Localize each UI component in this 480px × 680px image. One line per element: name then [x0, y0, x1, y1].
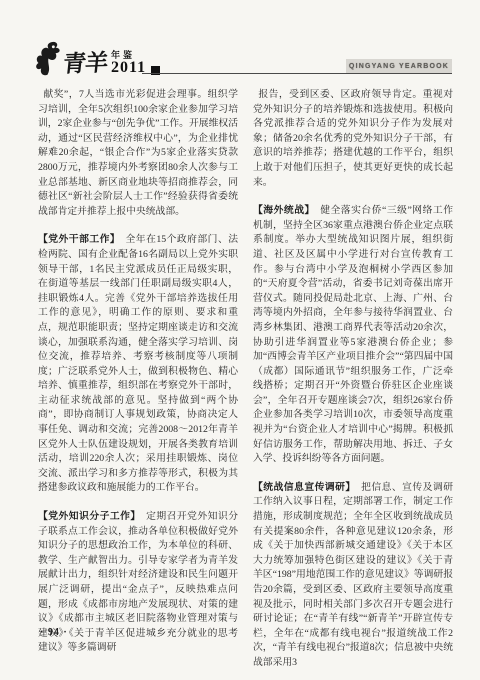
page-number: · 94 · — [40, 627, 68, 638]
left-column: 献奖”，7人当选市光彩促进会理事。组织学习培训，全年5次组织100余家企业参加学… — [38, 88, 238, 680]
logo-title-cn: 青羊 — [62, 51, 109, 78]
paragraph-text: 报告，受到区委、区政府领导肯定。重视对党外知识分子的培养锻炼和选拔使用。积极向各… — [253, 89, 453, 188]
logo-stack: 年鉴 2011 — [111, 51, 146, 77]
goat-mascot-icon — [34, 40, 61, 77]
section-heading: 【统战信息宣传调研】 — [253, 482, 356, 493]
section-heading: 【党外干部工作】 — [38, 234, 120, 245]
paragraph-text: 健全落实台侨“三级”网络工作机制，坚持全区36家重点港澳台侨企业定点联系制度。举… — [253, 205, 453, 464]
paragraph-text: 献奖”，7人当选市光彩促进会理事。组织学习培训，全年5次组织100余家企业参加学… — [38, 89, 238, 217]
paragraph-text: 把信息、宣传及调研工作纳入议事日程，定期部署工作，制定工作措施，形成制度规范；全… — [253, 482, 453, 668]
paragraph-section: 【统战信息宣传调研】把信息、宣传及调研工作纳入议事日程，定期部署工作，制定工作措… — [253, 481, 453, 671]
paragraph-section: 【党外知识分子工作】定期召开党外知识分子联系点工作会议，推动各单位积极做好党外知… — [38, 510, 238, 656]
section-heading: 【海外统战】 — [253, 205, 315, 216]
page-header: 青羊 年鉴 2011 QINGYANG YEARBOOK — [0, 0, 480, 86]
header-rule — [142, 73, 452, 74]
logo-year: 2011 — [111, 60, 146, 77]
paragraph-text: 全年在15个政府部门、法检两院、国有企业配备16名副局以上党外实职领导干部，1名… — [38, 234, 238, 493]
yearbook-logo: 青羊 年鉴 2011 — [34, 40, 160, 77]
paragraph-text: 定期召开党外知识分子联系点工作会议，推动各单位积极做好党外知识分子的思想政治工作… — [38, 511, 238, 653]
yearbook-banner: QINGYANG YEARBOOK — [346, 59, 452, 73]
section-heading: 【党外知识分子工作】 — [38, 511, 141, 522]
right-column: 报告，受到区委、区政府领导肯定。重视对党外知识分子的培养锻炼和选拔使用。积极向各… — [253, 88, 453, 680]
text-columns: 献奖”，7人当选市光彩促进会理事。组织学习培训，全年5次组织100余家企业参加学… — [38, 88, 454, 680]
paragraph-continuation: 报告，受到区委、区政府领导肯定。重视对党外知识分子的培养锻炼和选拔使用。积极向各… — [253, 88, 453, 190]
paragraph-section: 【党外干部工作】全年在15个政府部门、法检两院、国有企业配备16名副局以上党外实… — [38, 233, 238, 496]
paragraph-section: 【海外统战】健全落实台侨“三级”网络工作机制，坚持全区36家重点港澳台侨企业定点… — [253, 204, 453, 467]
paragraph-continuation: 献奖”，7人当选市光彩促进会理事。组织学习培训，全年5次组织100余家企业参加学… — [38, 88, 238, 219]
